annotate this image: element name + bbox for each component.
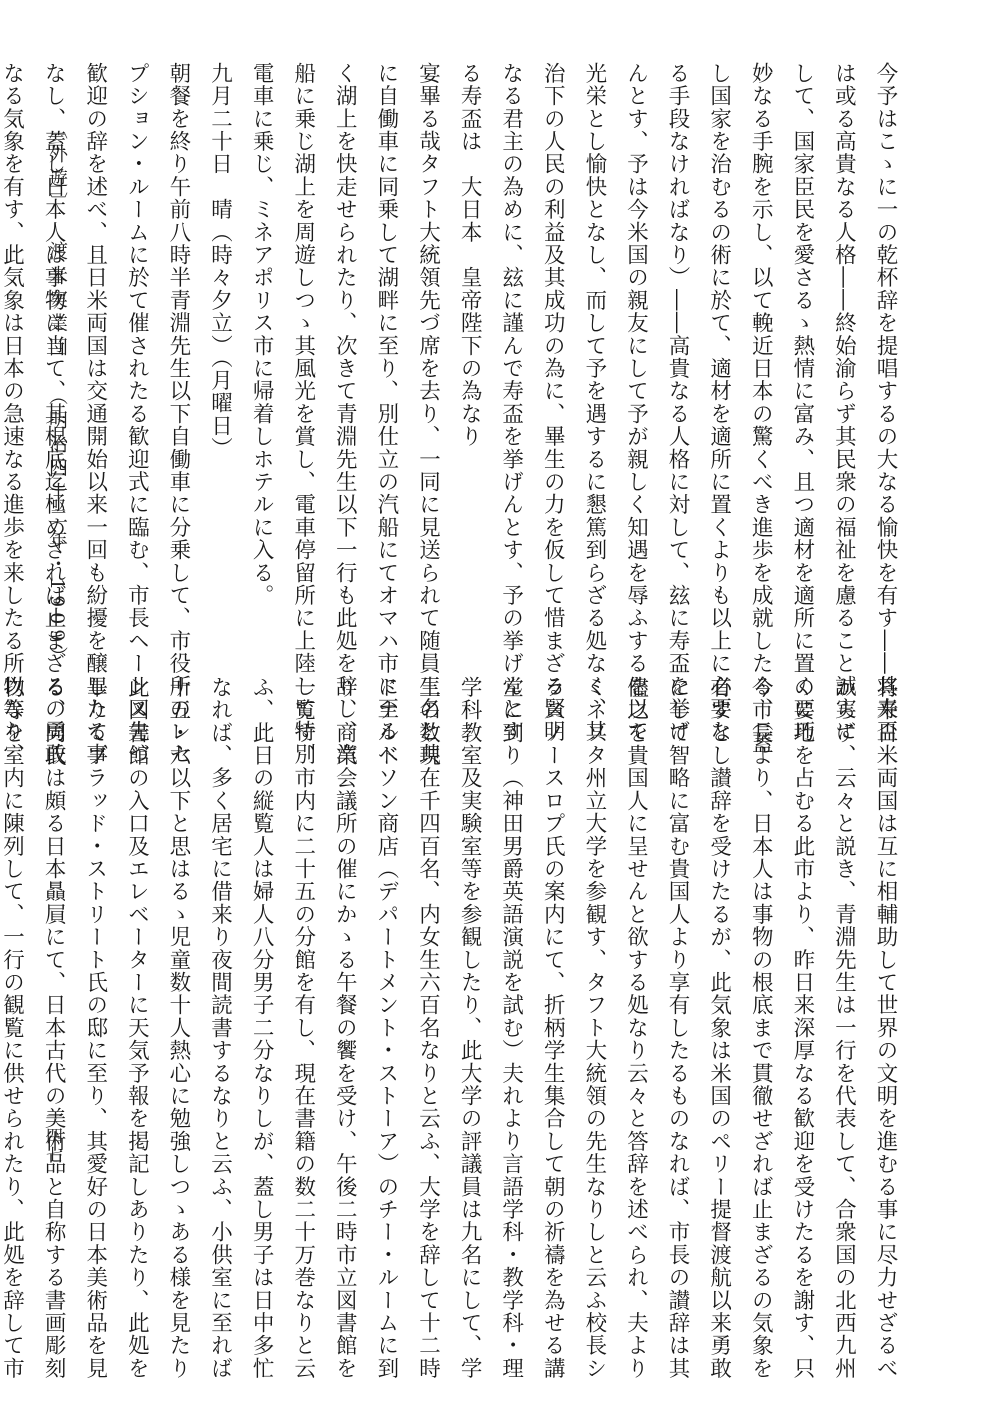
text-column: 妙なる手腕を示し、以て輓近日本の驚くべき進歩を成就したる、（蓋	[740, 62, 782, 662]
text-column: 船に乗じ湖上を周遊しつゝ其風光を賞し、電車停留所に上陸して特別	[282, 62, 324, 662]
text-column: し国家を治むるの術に於て、適材を適所に置くよりも以上に必要な	[698, 62, 740, 662]
text-column: 此図書館の入口及エレベーターに天気予報を掲記しありたり、此処を	[116, 676, 158, 1278]
text-column: 有すとし讃辞を受けたるが、此気象は米国のペリー提督渡航以来勇敢	[698, 676, 740, 1278]
text-column: なる気象を有す、此気象は日本の急速なる進歩を来したる所以なり、	[0, 62, 33, 662]
text-column: 十五・六以下と思はるゝ児童数十人熱心に勉強しつゝある様を見たり	[157, 676, 199, 1278]
text-column: ラスノースロプ氏の案内にて、折柄学生集合して朝の祈禱を為せる講	[532, 676, 574, 1278]
text-column: り、商業会議所の催にかゝる午餐の饗を受け、午後二時市立図書館を	[324, 676, 366, 1278]
text-column: 生の数現在千四百名、内女生六百名なりと云ふ、大学を辞して十二時	[407, 676, 449, 1278]
page-number: 一四七	[40, 1108, 65, 1165]
text-column: 畢りてブラッド・ストリート氏の邸に至り、其愛好の日本美術品を見	[74, 676, 116, 1278]
text-column: プション・ルームに於て催されたる歓迎式に臨む、市長ヘーンス先づ	[116, 62, 158, 662]
text-column: 今予はこゝに一の乾杯辞を提唱するの大なる愉快を有す――其寿盃	[864, 62, 906, 662]
text-column: 治下の人民の利益及其成功の為に、畢生の力を仮して惜まざる賢明	[532, 62, 574, 662]
text-column: る寿盃は 大日本 皇帝陛下の為なり	[448, 62, 490, 662]
text-column: して、国家臣民を愛さるゝ熱情に富み、且つ適材を適所に置くに巧	[781, 62, 823, 662]
text-column: る、同氏は頗る日本贔屓にて、日本古代の美術品と自称する書画彫刻	[33, 676, 75, 1278]
book-title: 渡米実業団	[44, 241, 71, 361]
text-column: 学科教室及実験室等を参観したり、此大学の評議員は九名にして、学	[448, 676, 490, 1278]
date-heading: 九月二十日 晴（時々夕立）（月曜日）	[199, 62, 241, 662]
running-head: 〔外遊〕 渡米実業団 （明治四十二年・1909）	[44, 120, 71, 684]
text-column: からず、云々と説き、青淵先生は一行を代表して、合衆国の北西九州	[823, 676, 865, 1278]
text-column: の要地を占むる此市より、昨日来深厚なる歓迎を受けたるを謝す、只	[781, 676, 823, 1278]
text-column: 電車に乗じ、ミネアポリス市に帰着しホテルに入る。	[241, 62, 283, 662]
upper-text-block: 今予はこゝに一の乾杯辞を提唱するの大なる愉快を有す――其寿盃 は或る高貴なる人格…	[76, 62, 906, 662]
text-column: 物等を室内に陳列して、一行の観覧に供せられたり、此処を辞して市	[0, 676, 33, 1278]
text-column: ふ、此日の縦覧人は婦人八分男子二分なりしが、蓋し男子は日中多忙	[241, 676, 283, 1278]
text-column: 光栄とし愉快となし、而して予を遇するに懇篤到らざる処なく、其	[573, 62, 615, 662]
text-column: にして智略に富む貴国人より享有したるものなれば、市長の讃辞は其	[656, 676, 698, 1278]
text-column: 歓迎の辞を述べ、且日米両国は交通開始以来一回も紛擾を醸したる事	[74, 62, 116, 662]
text-column: 今市長より、日本人は事物の根底まで貫徹せざれば止まざるの気象を	[740, 676, 782, 1278]
text-column: んとす、予は今米国の親友にして予が親しく知遇を辱ふするを以て	[615, 62, 657, 662]
text-column: 宴畢る哉タフト大統領先づ席を去り、一同に見送られて随員三名と共	[407, 62, 449, 662]
text-column: ドナルドソン商店（デパートメント・ストーア）のチー・ルームに到	[365, 676, 407, 1278]
text-column: なれば、多く居宅に借来り夜間読書するなりと云ふ、小供室に至れば	[199, 676, 241, 1278]
text-column: 将来日米両国は互に相輔助して世界の文明を進むる事に尽力せざるべ	[864, 676, 906, 1278]
text-column: 一覧す、市内に二十五の分館を有し、現在書籍の数二十万巻なりと云	[282, 676, 324, 1278]
text-column: ミネソタ州立大学を参観す、タフト大統領の先生なりしと云ふ校長シ	[573, 676, 615, 1278]
text-column: は或る高貴なる人格――終始渝らず其民衆の福祉を慮ること誠実に	[823, 62, 865, 662]
text-column: る手段なければなり）――高貴なる人格に対して、玆に寿盃を挙げ	[656, 62, 698, 662]
text-column: 堂に到り（神田男爵英語演説を試む）夫れより言語学科・教学科・理	[490, 676, 532, 1278]
text-column: なる君主の為めに、玆に謹んで寿盃を挙げんとす、予の挙げんとす	[490, 62, 532, 662]
text-column: 朝餐を終り午前八時半青淵先生以下自働車に分乗して、市役所のレセ	[157, 62, 199, 662]
era-label: （明治四十二年・1909）	[44, 386, 71, 670]
text-column: に自働車に同乗して湖畔に至り、別仕立の汽船にてオマハ市に至るべ	[365, 62, 407, 662]
text-column: く湖上を快走せられたり、次きて青淵先生以下一行も此処を辞し、汽	[324, 62, 366, 662]
lower-text-block: 将来日米両国は互に相輔助して世界の文明を進むる事に尽力せざるべ からず、云々と説…	[76, 676, 906, 1278]
section-label: 〔外遊〕	[44, 120, 71, 216]
text-column: 儘之を貴国人に呈せんと欲する処なり云々と答辞を述べられ、夫より	[615, 676, 657, 1278]
